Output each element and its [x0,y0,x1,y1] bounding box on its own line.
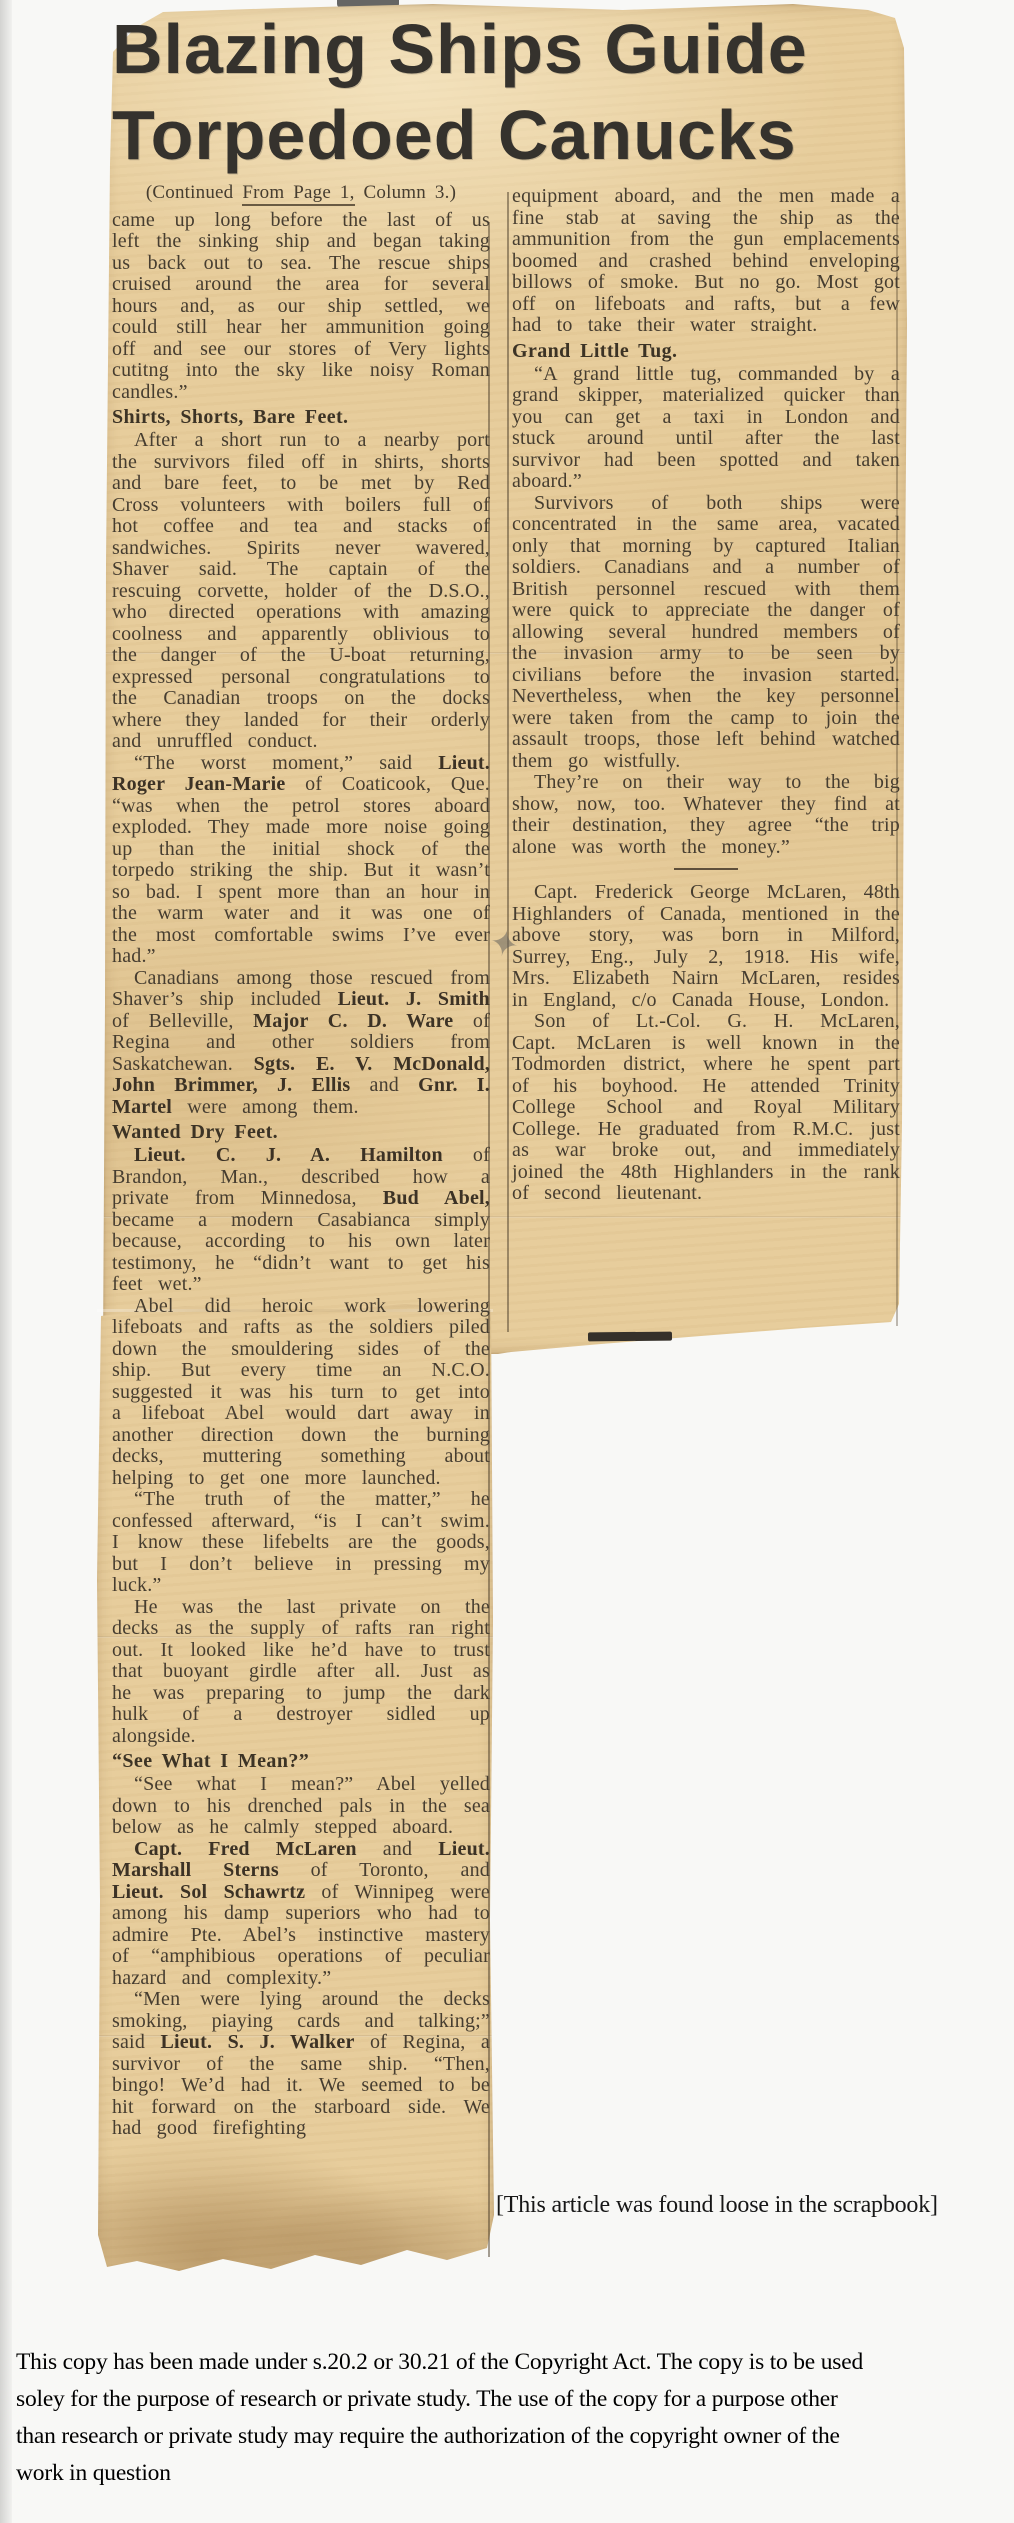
article-column-left: (Continued From Page 1, Column 3.) came … [112,182,490,2140]
scanner-edge-shading [0,0,12,2523]
headline-line2: Torpedoed Canucks [112,92,908,178]
subheading: Grand Little Tug. [512,340,900,362]
copyright-line: This copy has been made under s.20.2 or … [16,2344,863,2381]
paragraph: “See what I mean?” Abel yelled down to h… [112,1774,490,1839]
scrapbook-annotation: [This article was found loose in the scr… [496,2192,938,2219]
paragraph: Capt. Fred McLaren and Lieut. Marshall S… [112,1839,490,1990]
copyright-line: than research or private study may requi… [16,2418,863,2455]
paragraph: “The worst moment,” said Lieut. Roger Je… [112,753,490,968]
column-rule-center [507,192,509,1332]
subheading: Wanted Dry Feet. [112,1121,490,1143]
paragraph: Abel did heroic work lowering lifeboats … [112,1296,490,1490]
scanned-page: ✦ Blazing Ships Guide Torpedoed Canucks … [0,0,1014,2523]
copyright-line: soley for the purpose of research or pri… [16,2381,863,2418]
paragraph: “Men were lying around the decks smoking… [112,1989,490,2140]
paragraph: After a short run to a nearby port the s… [112,430,490,753]
paragraph: Canadians among those rescued from Shave… [112,968,490,1119]
paragraph: “The truth of the matter,” he confessed … [112,1489,490,1597]
paragraph: “A grand little tug, commanded by a gran… [512,364,900,493]
paragraph: They’re on their way to the big show, no… [512,772,900,858]
subheading: “See What I Mean?” [112,1750,490,1772]
paragraph: Capt. Frederick George McLaren, 48th Hig… [512,882,900,1011]
paragraph: He was the last private on the decks as … [112,1597,490,1748]
copyright-line: work in question [16,2455,863,2492]
copyright-notice: This copy has been made under s.20.2 or … [16,2344,863,2492]
article-column-right: equipment aboard, and the men made a fin… [512,186,900,1205]
section-divider [674,868,738,870]
headline: Blazing Ships Guide Torpedoed Canucks [112,6,908,178]
subheading: Shirts, Shorts, Bare Feet. [112,406,490,428]
headline-line1: Blazing Ships Guide [112,6,908,92]
paragraph: equipment aboard, and the men made a fin… [512,186,900,337]
paragraph: Survivors of both ships were concentrate… [512,493,900,773]
paragraph: came up long before the last of us left … [112,210,490,404]
paragraph: Lieut. C. J. A. Hamilton of Brandon, Man… [112,1145,490,1296]
continued-line: (Continued From Page 1, Column 3.) [112,182,490,204]
ink-smudge [588,1332,672,1342]
paragraph: Son of Lt.-Col. G. H. McLaren, Capt. McL… [512,1011,900,1205]
